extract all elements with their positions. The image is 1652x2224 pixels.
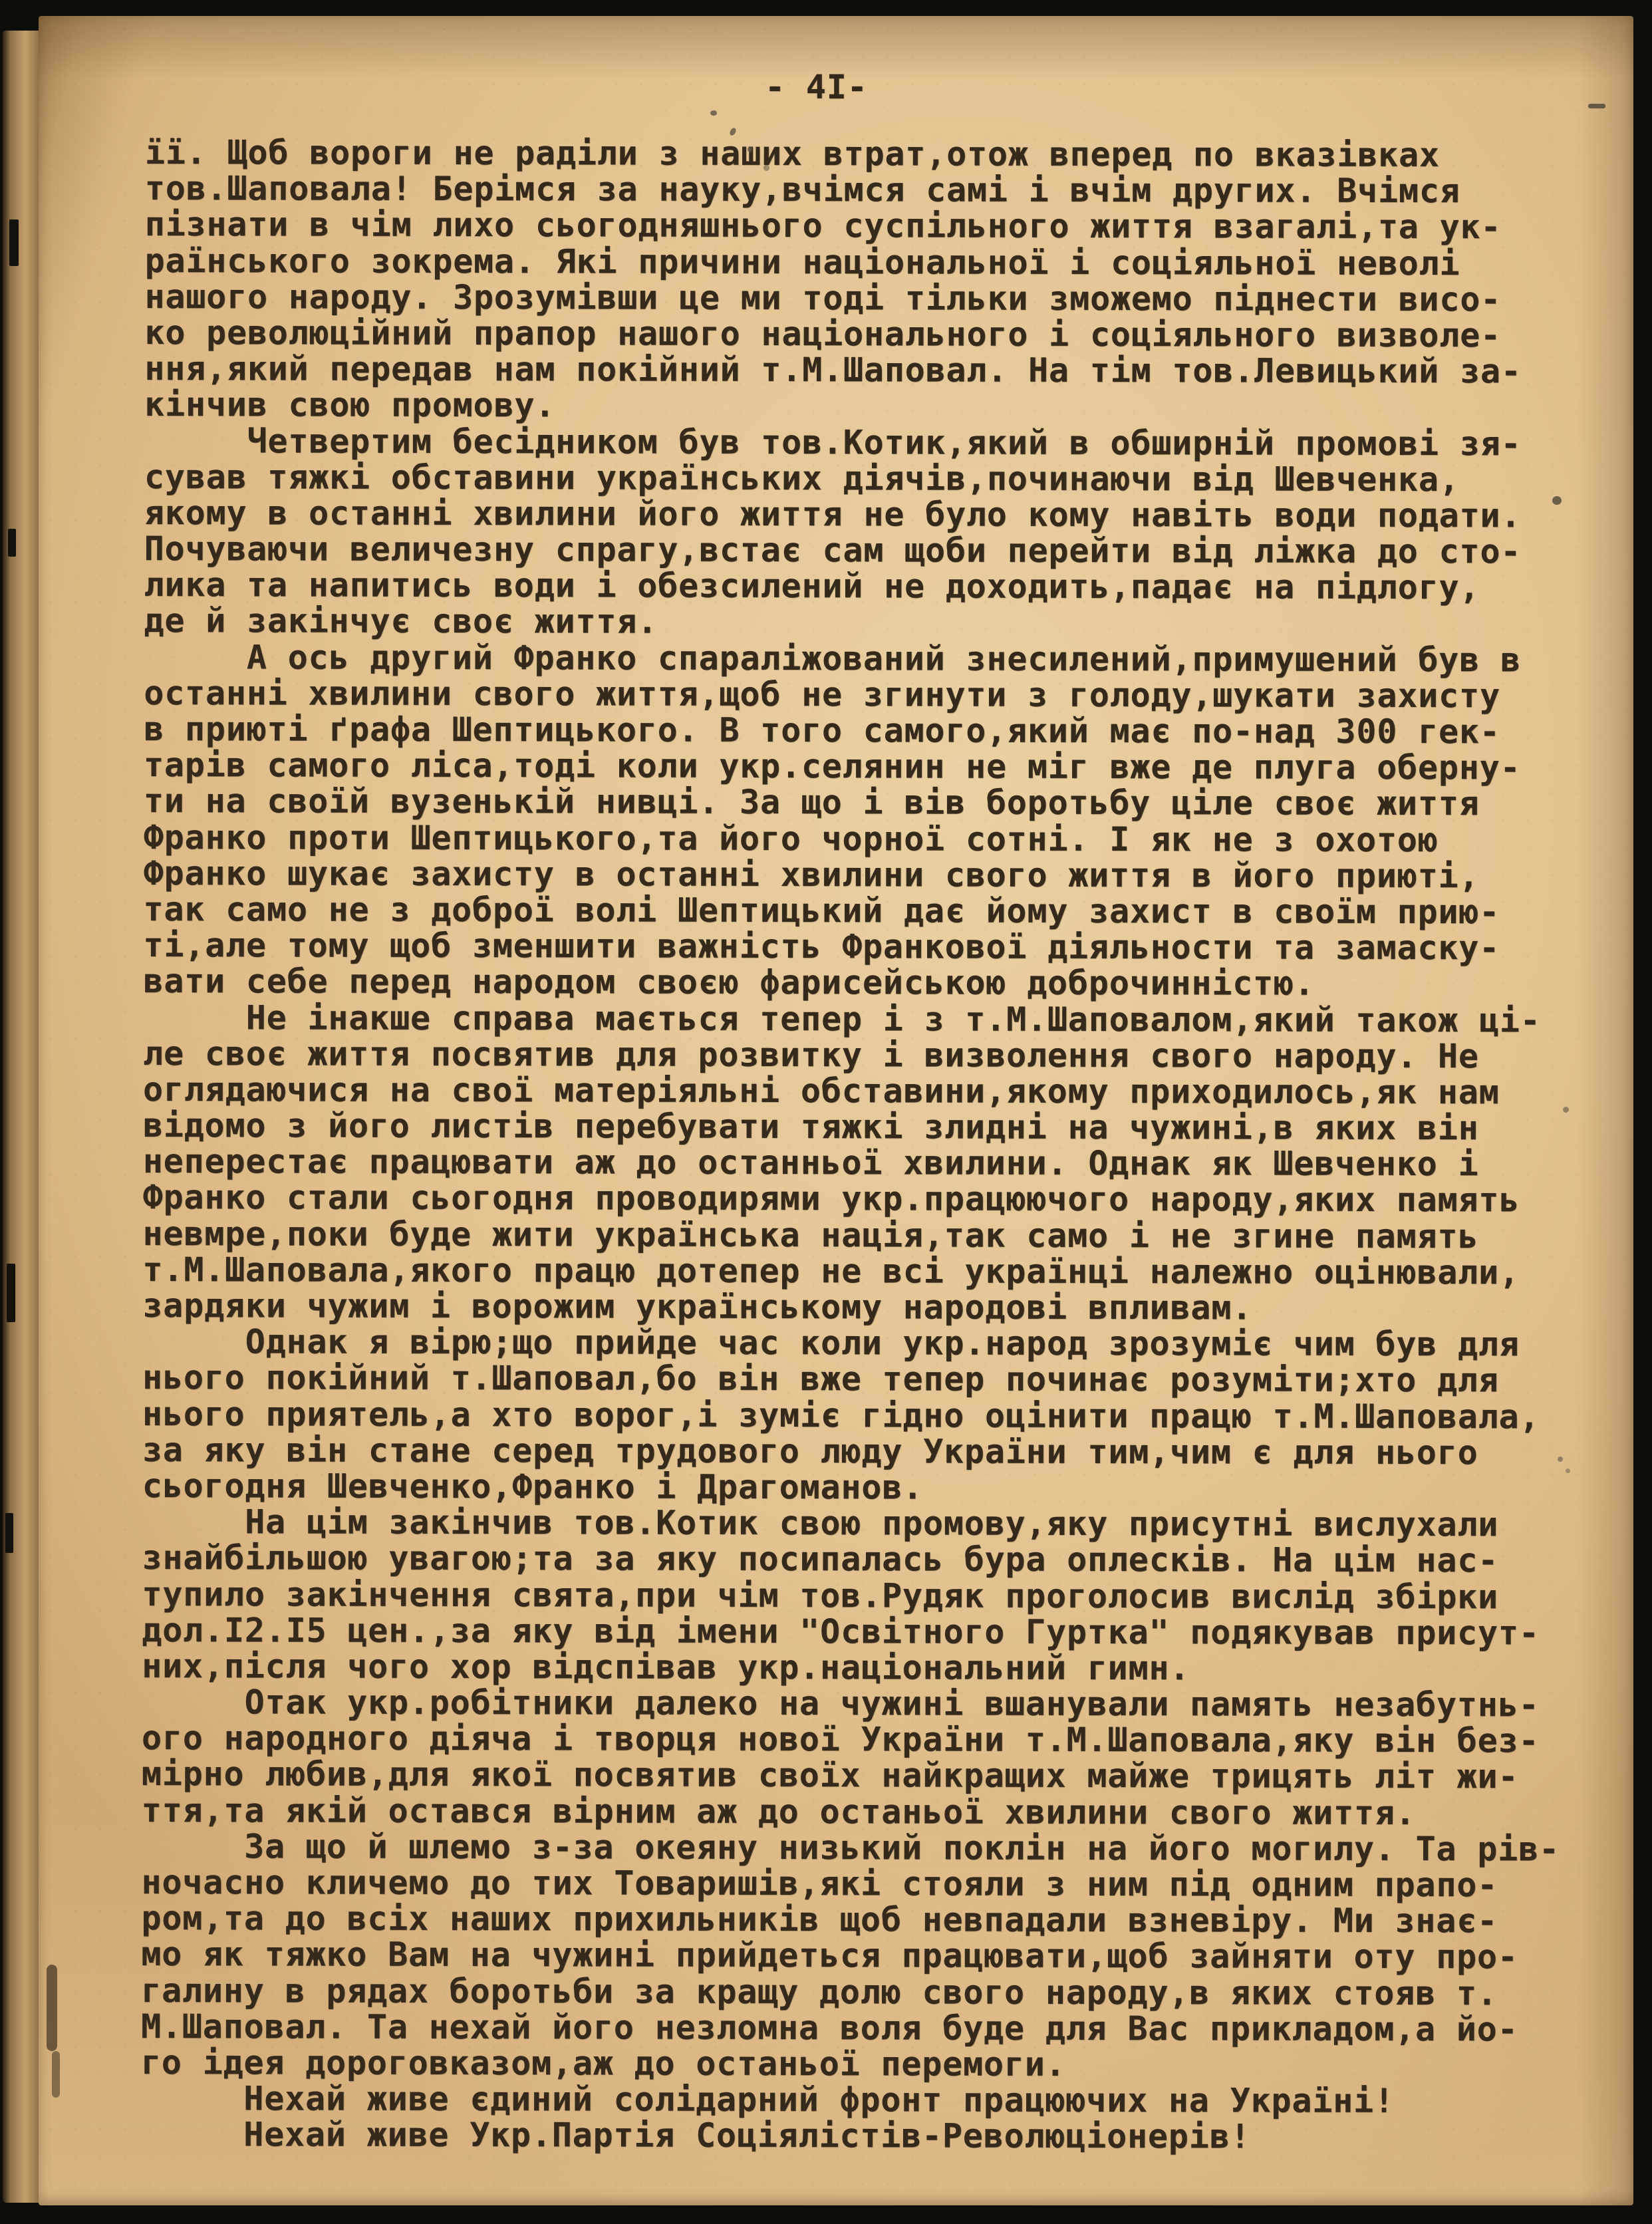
text-line: знайбільшою увагою;та за яку посипалась …: [142, 1540, 1578, 1579]
text-line: ти на своїй вузенькій нивці. За що і вів…: [144, 783, 1580, 822]
text-line: раїнського зокрема. Які причини націонал…: [145, 243, 1582, 282]
text-line: А ось другий Франко спараліжований знеси…: [144, 639, 1580, 678]
text-line: лика та напитись води і обезсилений не д…: [144, 567, 1581, 606]
text-line: кінчив свою промову.: [144, 386, 1581, 426]
text-line: Однак я вірю;що прийде час коли укр.наро…: [142, 1323, 1579, 1363]
text-line: сував тяжкі обставини українських діячів…: [144, 459, 1581, 498]
text-line: останні хвилини свого життя,щоб не згину…: [144, 675, 1580, 714]
text-line: нашого народу. Зрозумівши це ми тоді тіл…: [144, 279, 1581, 318]
text-line: ого народного діяча і творця нової Украї…: [142, 1720, 1578, 1759]
page-edge-mark: [9, 219, 19, 266]
gutter-stain: [52, 2051, 60, 2098]
ink-smudge: [763, 165, 769, 171]
page-edge-mark: [8, 529, 16, 557]
text-line: її. Щоб вороги не раділи з наших втрат,о…: [145, 134, 1582, 174]
text-line: ті,але тому щоб зменшити важність Франко…: [143, 927, 1580, 966]
text-line: якому в останні хвилини його життя не бу…: [144, 495, 1581, 534]
ink-smudge: [1552, 496, 1562, 505]
page-number: - 4I-: [765, 69, 868, 105]
document-page: - 4I- її. Щоб вороги не раділи з наших в…: [39, 16, 1633, 2205]
text-line: Четвертим бесідником був тов.Котик,який …: [144, 422, 1581, 462]
text-line: мірно любив,для якої посвятив своїх найк…: [142, 1756, 1578, 1795]
ink-smudge: [1588, 104, 1605, 108]
text-line: Франко стали сьогодня проводирями укр.пр…: [143, 1179, 1580, 1218]
text-line: них,після чого хор відспівав укр.націона…: [142, 1648, 1578, 1687]
text-line: Не інакше справа мається тепер і з т.М.Ш…: [143, 999, 1580, 1038]
text-line: Нехай живе єдиний солідарний фронт працю…: [141, 2080, 1578, 2120]
text-line: ром,та до всіх наших прихильників щоб не…: [141, 1900, 1578, 1939]
ink-smudge: [710, 110, 717, 116]
text-line: Нехай живе Укр.Партія Соціялістів-Револю…: [141, 2116, 1578, 2155]
text-line: галину в рядах боротьби за кращу долю св…: [141, 1973, 1578, 2012]
text-line: неперестає працювати аж до останньої хви…: [143, 1143, 1580, 1182]
text-line: Франко шукає захисту в останні хвилини с…: [144, 855, 1580, 895]
text-line: де й закінчує своє життя.: [144, 603, 1580, 642]
text-line: ле своє життя посвятив для розвитку і ви…: [143, 1036, 1580, 1075]
ink-smudge: [1566, 1468, 1570, 1473]
page-edge-mark: [7, 1264, 15, 1322]
text-line: сьогодня Шевченко,Франко і Драгоманов.: [142, 1468, 1579, 1507]
text-line: мо як тяжко Вам на чужині прийдеться пра…: [141, 1936, 1578, 1975]
text-line: так само не з доброї волі Шептицький дає…: [144, 891, 1580, 930]
text-line: М.Шаповал. Та нехай його незломна воля б…: [141, 2009, 1578, 2048]
text-line: Франко проти Шептицького,та його чорної …: [144, 819, 1580, 859]
ink-smudge: [748, 146, 752, 152]
text-line: ночасно кличемо до тих Товаришів,які сто…: [141, 1864, 1578, 1903]
text-line: невмре,поки буде жити українська нація,т…: [142, 1216, 1579, 1255]
text-line: зардяки чужим і ворожим українському нар…: [142, 1288, 1579, 1327]
text-line: тарів самого ліса,тоді коли укр.селянин …: [144, 747, 1580, 786]
text-line: нього приятель,а хто ворог,і зуміє гідно…: [142, 1396, 1579, 1435]
text-line: т.М.Шаповала,якого працю дотепер не всі …: [142, 1252, 1579, 1291]
text-line: ття,та якій остався вірним аж до останьо…: [142, 1792, 1578, 1832]
ink-smudge: [1558, 1457, 1563, 1462]
text-line: го ідея дороговказом,аж до останьої пере…: [141, 2044, 1578, 2084]
text-line: ко революційний прапор нашого національн…: [144, 315, 1581, 354]
text-line: в приюті ґрафа Шептицького. В того самог…: [144, 711, 1580, 750]
text-line: дол.I2.I5 цен.,за яку від імени "Освітно…: [142, 1612, 1578, 1651]
gutter-stain: [47, 1965, 57, 2051]
text-line: За що й шлемо з-за океяну низький поклін…: [142, 1828, 1578, 1868]
text-line: відомо з його листів перебувати тяжкі зл…: [143, 1107, 1580, 1147]
page-edge-mark: [5, 1513, 13, 1553]
book-spine-edge: [3, 31, 44, 2203]
scan-background: - 4I- її. Щоб вороги не раділи з наших в…: [0, 0, 1652, 2224]
ink-smudge: [1563, 1107, 1569, 1113]
body-text: її. Щоб вороги не раділи з наших втрат,о…: [141, 134, 1582, 2155]
text-line: тупило закінчення свята,при чім тов.Рудя…: [142, 1576, 1578, 1615]
text-line: На цім закінчив тов.Котик свою промову,я…: [142, 1504, 1579, 1543]
text-line: нього покійний т.Шаповал,бо він вже тепе…: [142, 1359, 1579, 1399]
text-line: оглядаючися на свої матеріяльні обставин…: [143, 1071, 1580, 1111]
text-line: Отак укр.робітники далеко на чужині вшан…: [142, 1684, 1578, 1723]
text-line: пізнати в чім лихо сьогодняшнього суспіл…: [145, 206, 1582, 245]
text-line: Почуваючи величезну спрагу,встає сам щоб…: [144, 531, 1581, 570]
text-line: тов.Шаповала! Берімся за науку,вчімся са…: [145, 170, 1582, 209]
text-line: ння,який передав нам покійний т.М.Шапова…: [144, 350, 1581, 390]
text-line: за яку він стане серед трудового люду Ук…: [142, 1432, 1579, 1471]
text-line: вати себе перед народом своєю фарисейськ…: [143, 963, 1580, 1002]
